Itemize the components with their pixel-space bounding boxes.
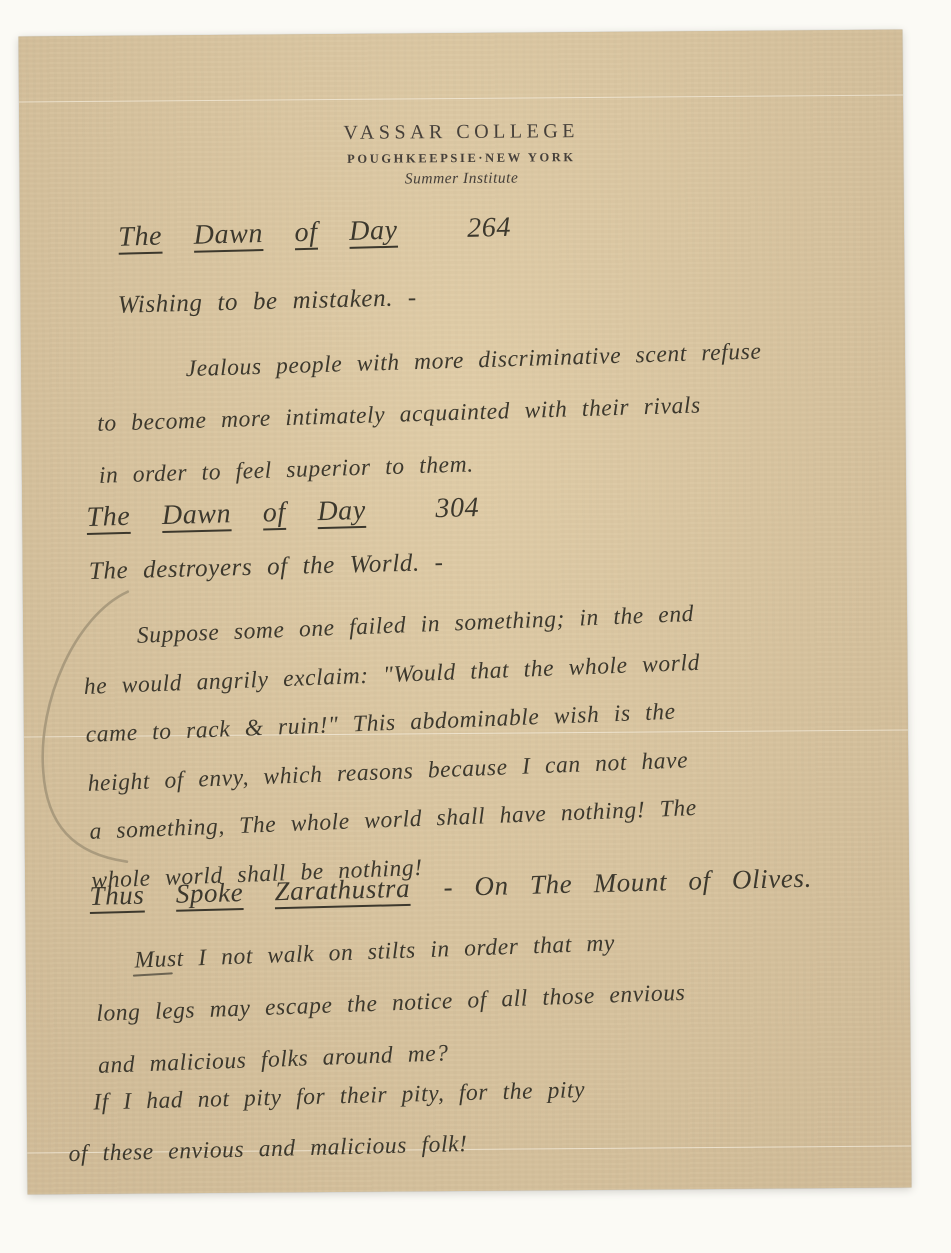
aphorism-number: 304	[435, 492, 480, 524]
title-word: The	[86, 501, 131, 533]
letterhead-location: POUGHKEEPSIE·NEW YORK	[19, 148, 903, 170]
letterhead-program: Summer Institute	[20, 167, 904, 192]
title-word: Day	[317, 495, 366, 527]
section-1-paragraph: Jealous people with more discriminative …	[95, 321, 905, 502]
pencil-bracket-mark	[33, 586, 145, 887]
letterhead-college-name: VASSAR COLLEGE	[19, 118, 903, 148]
title-word: The	[118, 221, 163, 253]
section-1-title: The Dawn of Day 264	[118, 212, 511, 254]
paper-crease-top	[19, 95, 903, 103]
letter-page: VASSAR COLLEGE POUGHKEEPSIE·NEW YORK Sum…	[18, 30, 911, 1195]
section-1-subtitle: Wishing to be mistaken. -	[117, 284, 417, 320]
title-word: Day	[349, 215, 398, 247]
title-word: Thus	[89, 880, 145, 911]
section-2-subtitle: The destroyers of the World. -	[89, 549, 444, 586]
aphorism-number: 264	[467, 212, 512, 244]
title-word: of	[294, 217, 318, 249]
title-word: of	[262, 497, 286, 529]
letterhead: VASSAR COLLEGE POUGHKEEPSIE·NEW YORK Sum…	[19, 118, 903, 192]
title-word: Dawn	[193, 218, 263, 251]
title-word: Spoke	[175, 877, 243, 909]
section-2-paragraph: Suppose some one failed in something; in…	[81, 582, 908, 905]
section-3-paragraph-2: If I had not pity for their pity, for th…	[67, 1058, 875, 1180]
title-word: Zarathustra	[274, 873, 410, 906]
title-word: Dawn	[162, 498, 232, 531]
